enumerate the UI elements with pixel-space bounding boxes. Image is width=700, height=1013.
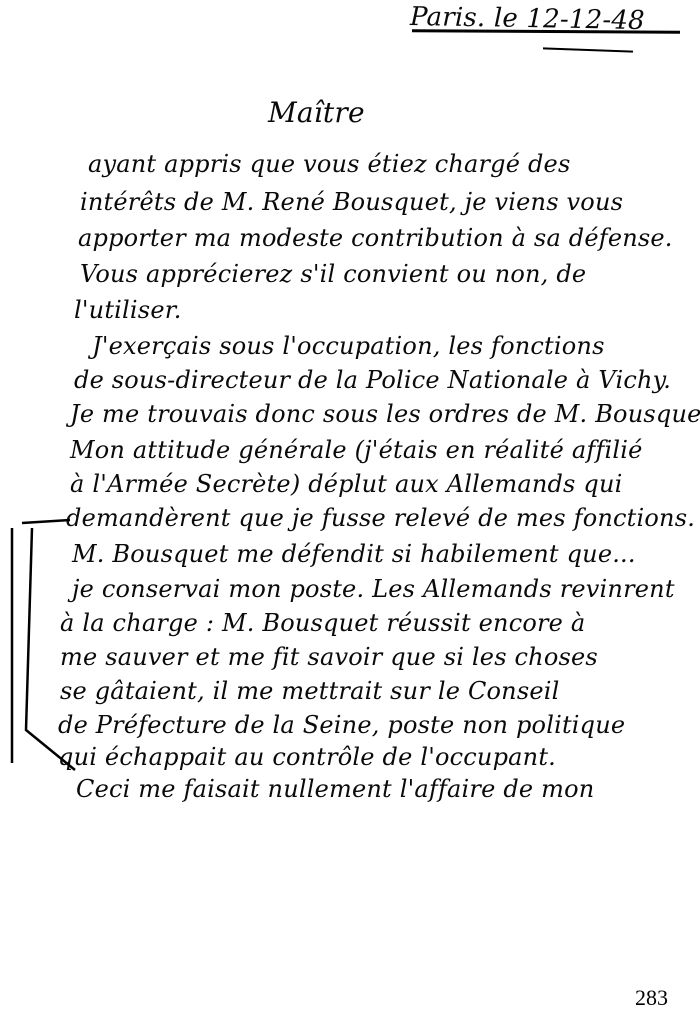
letter-line: demandèrent que je fusse relevé de mes f… [66,504,695,532]
salutation: Maître [268,96,365,129]
letter-line: de Préfecture de la Seine, poste non pol… [58,711,625,739]
letter-line: Vous apprécierez s'il convient ou non, d… [80,260,586,288]
letter-line: Je me trouvais donc sous les ordres de M… [70,400,700,428]
margin-bracket-mark [0,0,120,800]
letter-line: ayant appris que vous étiez chargé des [88,150,570,178]
letter-line: M. Bousquet me défendit si habilement qu… [72,540,636,568]
page-number: 283 [635,985,668,1011]
letter-line: Ceci me faisait nullement l'affaire de m… [76,775,594,803]
letter-line: intérêts de M. René Bousquet, je viens v… [80,188,623,216]
letter-line: se gâtaient, il me mettrait sur le Conse… [60,677,560,705]
letter-line: de sous-directeur de la Police Nationale… [74,366,671,394]
scanned-letter-page: Paris. le 12-12-48 Maître ayant appris q… [0,0,700,1013]
letter-line: Mon attitude générale (j'étais en réalit… [70,436,643,464]
letter-line: me sauver et me fit savoir que si les ch… [60,643,598,671]
letter-line: à l'Armée Secrète) déplut aux Allemands … [70,470,623,498]
dateline-underline-short [543,47,633,52]
letter-line: apporter ma modeste contribution à sa dé… [78,224,673,252]
letter-line: à la charge : M. Bousquet réussit encore… [60,609,585,637]
letter-line: je conservai mon poste. Les Allemands re… [72,575,675,603]
letter-line: J'exerçais sous l'occupation, les foncti… [92,332,605,360]
letter-line: qui échappait au contrôle de l'occupant. [58,743,556,771]
